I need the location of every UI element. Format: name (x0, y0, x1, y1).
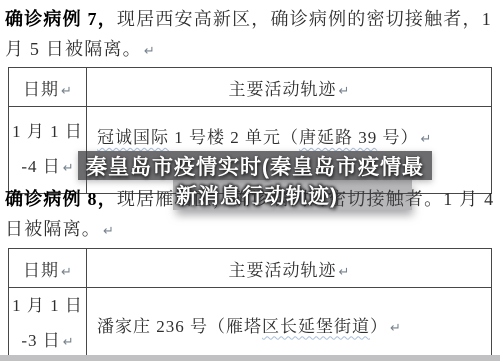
paragraph-case7-line1: 确诊病例 7，现居西安高新区，确诊病例的密切接触者，1 (5, 4, 497, 34)
table2-header-track: 主要活动轨迹↵ (87, 249, 492, 288)
page-bottom-edge (0, 355, 500, 361)
table1-header-row: 日期↵ 主要活动轨迹↵ (9, 68, 492, 107)
case8-text-continued: 日被隔离。 (5, 219, 101, 239)
paragraph-case7: 确诊病例 7，现居西安高新区，确诊病例的密切接触者，1 月 5 日被隔离。↵ (5, 4, 497, 64)
table1-header-track: 主要活动轨迹↵ (87, 68, 492, 107)
document-page: 确诊病例 7，现居西安高新区，确诊病例的密切接触者，1 月 5 日被隔离。↵ 日… (0, 0, 500, 361)
return-mark-icon: ↵ (61, 84, 72, 99)
track1-spellcheck-segment: 唐延路 39 (299, 128, 377, 147)
paragraph-case8-line2: 日被隔离。↵ (5, 214, 497, 244)
return-mark-icon: ↵ (421, 132, 432, 147)
table1-date-line1: 1 月 1 日 (9, 114, 86, 149)
return-mark-icon: ↵ (339, 84, 350, 99)
return-mark-icon: ↵ (339, 265, 350, 280)
table2-date-cell: 1 月 1 日 -3 日↵ (9, 288, 87, 361)
table1-header-date: 日期↵ (9, 68, 87, 107)
table1-date-cell: 1 月 1 日 -4 日↵ (9, 107, 87, 194)
table2-track-cell: 潘家庄 236 号（雁塔区长延堡街道）↵ (87, 288, 492, 361)
return-mark-icon: ↵ (63, 161, 74, 176)
return-mark-icon: ↵ (103, 224, 114, 239)
table1-date-line2: -4 日↵ (9, 149, 86, 186)
paragraph-case7-line2: 月 5 日被隔离。↵ (5, 34, 497, 64)
track2-spellcheck-segment: 区长延堡街道 (262, 317, 370, 336)
return-mark-icon: ↵ (63, 335, 74, 350)
table2-header-row: 日期↵ 主要活动轨迹↵ (9, 249, 492, 288)
case8-label: 确诊病例 8， (5, 189, 117, 209)
return-mark-icon: ↵ (390, 321, 401, 336)
case7-label: 确诊病例 7， (5, 9, 117, 29)
case7-text: 现居西安高新区，确诊病例的密切接触者，1 (117, 9, 492, 29)
case7-text-continued: 月 5 日被隔离。 (5, 39, 142, 59)
return-mark-icon: ↵ (61, 265, 72, 280)
return-mark-icon: ↵ (144, 44, 155, 59)
activity-track-table-2: 日期↵ 主要活动轨迹↵ 1 月 1 日 -3 日↵ 潘家庄 236 号（雁塔区长… (8, 248, 492, 361)
watermark-title-line1: 秦皇岛市疫情实时(秦皇岛市疫情最 (78, 151, 432, 180)
track1-spellcheck-segment: 冠诚国际 (97, 128, 169, 147)
watermark-title-line2: 新消息行动轨迹) (173, 180, 412, 210)
table2-data-row: 1 月 1 日 -3 日↵ 潘家庄 236 号（雁塔区长延堡街道）↵ (9, 288, 492, 361)
table2-date-line1: 1 月 1 日 (9, 288, 86, 323)
table2-header-date: 日期↵ (9, 249, 87, 288)
